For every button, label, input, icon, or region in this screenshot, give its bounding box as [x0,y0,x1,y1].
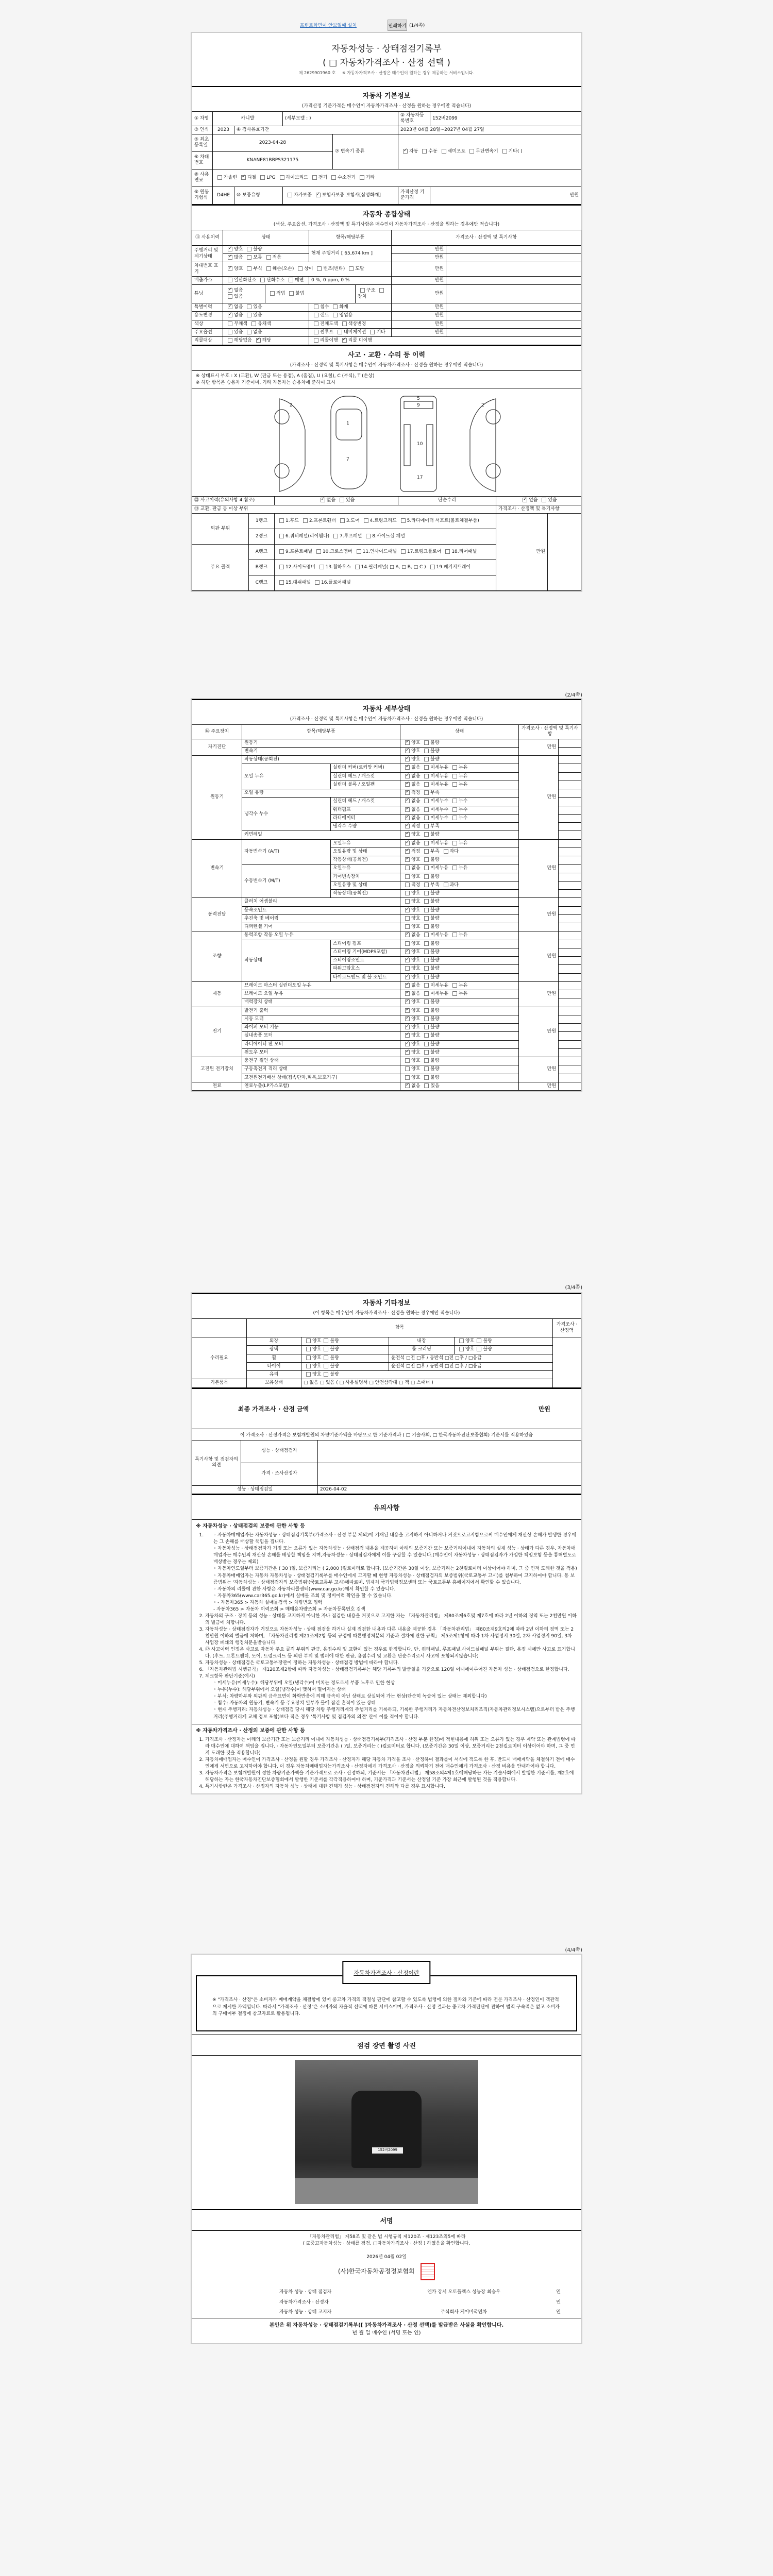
page-number: (1/4쪽) [409,22,425,28]
page-number: (2/4쪽) [191,690,582,698]
checkbox[interactable] [405,849,410,854]
checkbox[interactable] [424,824,429,828]
checkbox[interactable] [228,330,232,334]
checkbox[interactable] [424,958,429,962]
checkbox[interactable] [424,849,429,854]
basic-info-table: ① 차명카니발(세부모델 : )② 자동차등록번호152버2099 ③ 연식20… [192,111,581,205]
checkbox[interactable] [405,975,410,979]
checkbox[interactable] [405,1008,410,1013]
opinion-table: 특기사항 및 점검자의 의견성능 · 상태점검자 가격 · 조사산정자 성능 ·… [192,1440,581,1494]
overall-title: 자동차 종합상태 [192,205,581,219]
checkbox[interactable] [270,291,275,296]
checkbox[interactable] [405,1066,410,1071]
appraisal-definition-box: 자동차가격조사 · 산정이란 ※ "가격조사 · 산정"은 소비자가 매매계약을… [196,1975,577,2031]
checkbox[interactable] [288,193,292,197]
checkbox[interactable] [452,774,457,778]
print-button[interactable]: 인쇄하기 [388,20,407,31]
checkbox[interactable] [424,1066,429,1071]
receipt-confirmation: 본인은 위 자동차성능 · 상태점검기록부([ ]자동차가격조사 · 산정 선택… [192,2318,581,2343]
checkbox[interactable] [405,941,410,946]
checkbox[interactable] [228,288,232,293]
checkbox[interactable] [424,1025,429,1029]
checkbox[interactable] [228,266,232,271]
checkbox[interactable] [405,832,410,837]
checkbox[interactable] [228,255,232,260]
checkbox[interactable] [357,549,361,554]
checkbox[interactable] [260,175,265,180]
appraisal-notes: ※ 자동차가격조사 · 산정의 보증에 관한 사항 등 가격조사 · 산정자는 … [192,1724,581,1794]
checkbox[interactable] [405,782,410,787]
accident-title: 사고 · 교환 · 수리 등 이력 [192,345,581,360]
checkbox[interactable] [405,1083,410,1088]
checkbox[interactable] [424,916,429,921]
checkbox[interactable] [405,774,410,778]
checkbox[interactable] [424,1075,429,1080]
checkbox[interactable] [256,338,261,343]
transmission-options[interactable]: 자동 수동 세미오토 무단변속기 기타( ) [398,134,581,169]
checkbox[interactable] [405,891,410,895]
checkbox[interactable] [424,991,429,996]
checkbox[interactable] [405,1025,410,1029]
checkbox[interactable] [405,816,410,820]
checkbox[interactable] [314,313,318,317]
signer-row: 자동차가격조사 · 산정자인 [192,2298,581,2308]
checkbox[interactable] [360,288,365,293]
checkbox[interactable] [445,549,450,554]
checkbox[interactable] [405,841,410,845]
basic-info-title: 자동차 기본정보 [192,86,581,101]
checkbox[interactable] [403,149,408,154]
checkbox[interactable] [424,832,429,837]
checkbox[interactable] [405,983,410,988]
fuel-options[interactable]: 가솔린 디젤 LPG 하이브리드 전기 수소전기 기타 [213,169,581,187]
checkbox[interactable] [279,549,284,554]
checkbox[interactable] [424,1033,429,1038]
checkbox[interactable] [317,266,322,271]
svg-text:5: 5 [417,396,420,401]
checkbox[interactable] [424,933,429,937]
accident-table: ⑫ 사고이력(유의사항 4.참조)없음 있음단순수리없음 있음⑬ 교환, 판금 … [192,496,581,591]
checkbox[interactable] [452,816,457,820]
checkbox[interactable] [342,338,347,343]
checkbox[interactable] [469,149,474,154]
checkbox[interactable] [424,1083,429,1088]
install-link[interactable]: 프린트화면이 안보일때 설치 [300,22,357,28]
checkbox[interactable] [279,518,284,523]
checkbox[interactable] [452,983,457,988]
checkbox[interactable] [405,950,410,954]
checkbox[interactable] [424,841,429,845]
signer-row: 자동차 성능 · 상태 고지자주식회사 케이비국민차인 [192,2308,581,2318]
checkbox[interactable] [247,255,251,260]
checkbox[interactable] [424,765,429,770]
page-number: (3/4쪽) [191,1283,582,1291]
checkbox[interactable] [422,149,427,154]
checkbox[interactable] [349,266,354,271]
checkbox[interactable] [279,565,284,569]
warranty-notes: ※ 자동차성능 · 상태점검의 보증에 관한 사항 등 자동차매매업자는 자동차… [192,1519,581,1724]
checkbox[interactable] [241,175,246,180]
checkbox[interactable] [424,908,429,912]
checkbox[interactable] [430,565,435,569]
checkbox[interactable] [405,1033,410,1038]
checkbox[interactable] [370,330,375,334]
checkbox[interactable] [424,749,429,753]
checkbox[interactable] [424,1016,429,1021]
checkbox[interactable] [247,304,251,309]
checkbox[interactable] [405,765,410,770]
checkbox[interactable] [320,565,324,569]
svg-text:17: 17 [417,475,423,480]
checkbox[interactable] [405,933,410,937]
checkbox[interactable] [333,313,338,317]
checkbox[interactable] [424,883,429,887]
checkbox[interactable] [424,975,429,979]
checkbox[interactable] [364,518,368,523]
checkbox[interactable] [405,924,410,929]
checkbox[interactable] [303,518,308,523]
checkbox[interactable] [523,498,527,502]
inspection-photo: 152버2099 [295,2060,478,2204]
checkbox[interactable] [289,291,294,296]
svg-text:10: 10 [417,442,423,447]
checkbox[interactable] [401,549,406,554]
doc-number: 제 2629901960 호 ※ 자동차가격조사 · 산정은 매수인이 원하는 … [192,70,581,86]
signature-section: 「자동차관리법」 제58조 및 같은 법 시행규칙 제120조 · 제123조의… [192,2230,581,2318]
checkbox[interactable] [405,958,410,962]
svg-text:7: 7 [346,457,349,462]
checkbox[interactable] [405,908,410,912]
checkbox[interactable] [228,294,232,299]
checkbox[interactable] [279,534,284,538]
checkbox[interactable] [405,749,410,753]
checkbox[interactable] [228,304,232,309]
checkbox[interactable] [314,321,318,326]
checkbox[interactable] [279,580,284,585]
checkbox[interactable] [424,1042,429,1046]
checkbox[interactable] [331,175,336,180]
checkbox[interactable] [405,790,410,795]
signer-row: 자동차 성능 · 상태 점검자엔카 강서 오토플렉스 성능장 최승우인 [192,2287,581,2298]
checkbox[interactable] [314,338,318,343]
checkbox[interactable] [314,304,318,309]
checkbox[interactable] [333,304,338,309]
checkbox[interactable] [266,266,271,271]
checkbox[interactable] [424,790,429,795]
doc-title: 자동차성능 · 상태점검기록부 [192,33,581,54]
checkbox[interactable] [405,999,410,1004]
checkbox[interactable] [452,991,457,996]
checkbox[interactable] [333,534,338,538]
checkbox[interactable] [452,799,457,803]
checkbox[interactable] [424,950,429,954]
checkbox[interactable] [260,278,265,282]
checkbox[interactable] [452,933,457,937]
svg-text:2: 2 [290,403,293,408]
checkbox[interactable] [405,824,410,828]
checkbox[interactable] [289,278,293,282]
checkbox[interactable] [228,278,232,282]
checkbox[interactable] [542,498,546,502]
overall-table: ⑪ 사용이력상태항목/해당부품가격조사 · 산정액 및 특기사항주행거리 및 계… [192,230,581,346]
checkbox[interactable] [424,799,429,803]
checkbox[interactable] [314,330,318,334]
checkbox[interactable] [444,849,448,854]
checkbox[interactable] [424,740,429,745]
checkbox[interactable] [452,765,457,770]
checkbox[interactable] [405,807,410,812]
inspection-date: 2026-04-02 [318,1485,581,1494]
checkbox[interactable] [452,866,457,870]
checkbox[interactable] [405,1042,410,1046]
checkbox[interactable] [405,899,410,904]
checkbox[interactable] [424,924,429,929]
checkbox[interactable] [405,799,410,803]
checkbox[interactable] [405,1058,410,1063]
checkbox[interactable] [405,916,410,921]
checkbox[interactable] [405,991,410,996]
checkbox[interactable] [405,1016,410,1021]
checkbox[interactable] [405,874,410,879]
checkbox[interactable] [315,580,320,585]
checkbox[interactable] [405,883,410,887]
checkbox[interactable] [338,330,342,334]
checkbox[interactable] [342,321,347,326]
checkbox[interactable] [266,255,271,260]
checkbox[interactable] [228,338,232,343]
checkbox[interactable] [424,866,429,870]
checkbox[interactable] [424,1050,429,1055]
detail-title: 자동차 세부상태 [192,699,581,714]
checkbox[interactable] [424,966,429,971]
checkbox[interactable] [340,498,344,502]
checkbox[interactable] [424,1058,429,1063]
warranty-options[interactable]: 자가보증 보험사보증 보험사[삼성화재] [283,187,398,204]
svg-text:1: 1 [346,421,349,426]
checkbox[interactable] [340,518,345,523]
checkbox[interactable] [355,565,360,569]
checkbox[interactable] [228,247,232,251]
checkbox[interactable] [424,774,429,778]
other-title: 자동차 기타정보 [192,1293,581,1308]
page-1: 자동차성능 · 상태점검기록부 ( □ 자동차가격조사 · 산정 선택 ) 제 … [191,32,582,592]
checkbox[interactable] [280,175,284,180]
checkbox[interactable] [405,1050,410,1055]
checkbox[interactable] [502,149,507,154]
checkbox[interactable] [424,857,429,862]
checkbox[interactable] [228,321,232,326]
checkbox[interactable] [405,1075,410,1080]
checkbox[interactable] [424,874,429,879]
checkbox[interactable] [424,941,429,946]
checkbox[interactable] [424,757,429,761]
svg-text:9: 9 [417,403,420,408]
checkbox[interactable] [379,288,384,293]
other-table: 항목가격조사 · 산정액 수리필요외장양호불량내장양호불량 광택양호불량룸 크리… [192,1318,581,1388]
checkbox[interactable] [424,782,429,787]
checkbox[interactable] [401,518,406,523]
checkbox[interactable] [321,498,325,502]
checkbox[interactable] [444,883,448,887]
page-2: 자동차 세부상태 (가격조사 · 산정액 및 특기사항은 매수인이 자동차가격조… [191,698,582,1092]
checkbox[interactable] [247,247,251,251]
checkbox[interactable] [452,841,457,845]
checkbox[interactable] [360,175,364,180]
checkbox[interactable] [405,757,410,761]
checkbox[interactable] [366,534,371,538]
checkbox[interactable] [217,175,222,180]
checkbox[interactable] [247,330,251,334]
checkbox[interactable] [405,740,410,745]
checkbox[interactable] [247,313,251,317]
checkbox[interactable] [316,549,321,554]
seal-stamp [421,2263,435,2280]
checkbox[interactable] [298,266,303,271]
checkbox[interactable] [251,321,256,326]
detail-table: ⑭ 주요장치항목/해당부품상태가격조사 · 산정액 및 특기사항자기진단원동기양… [192,724,581,1091]
checkbox[interactable] [424,999,429,1004]
checkbox[interactable] [442,149,446,154]
page-3: 자동차 기타정보 (이 항목은 매수인이 자동차가격조사 · 산정을 원하는 경… [191,1292,582,1794]
checkbox[interactable] [424,1008,429,1013]
checkbox[interactable] [247,266,251,271]
checkbox[interactable] [424,899,429,904]
doc-subtitle: ( □ 자동차가격조사 · 산정 선택 ) [192,54,581,70]
checkbox[interactable] [405,866,410,870]
checkbox[interactable] [228,313,232,317]
checkbox[interactable] [452,782,457,787]
checkbox[interactable] [452,807,457,812]
checkbox[interactable] [405,857,410,862]
checkbox[interactable] [424,891,429,895]
checkbox[interactable] [405,966,410,971]
top-bar: 프린트화면이 안보일때 설치 인쇄하기 (1/4쪽) [161,20,582,31]
checkbox[interactable] [424,983,429,988]
checkbox[interactable] [424,816,429,820]
checkbox[interactable] [316,193,321,197]
final-price-label: 최종 가격조사 · 산정 금액 [238,1404,309,1413]
checkbox[interactable] [312,175,317,180]
page-4: 자동차가격조사 · 산정이란 ※ "가격조사 · 산정"은 소비자가 매매계약을… [191,1954,582,2344]
checkbox[interactable] [424,807,429,812]
page-number: (4/4쪽) [191,1945,582,1953]
svg-text:2: 2 [481,403,484,408]
car-diagram: 2159271017 [192,388,581,496]
